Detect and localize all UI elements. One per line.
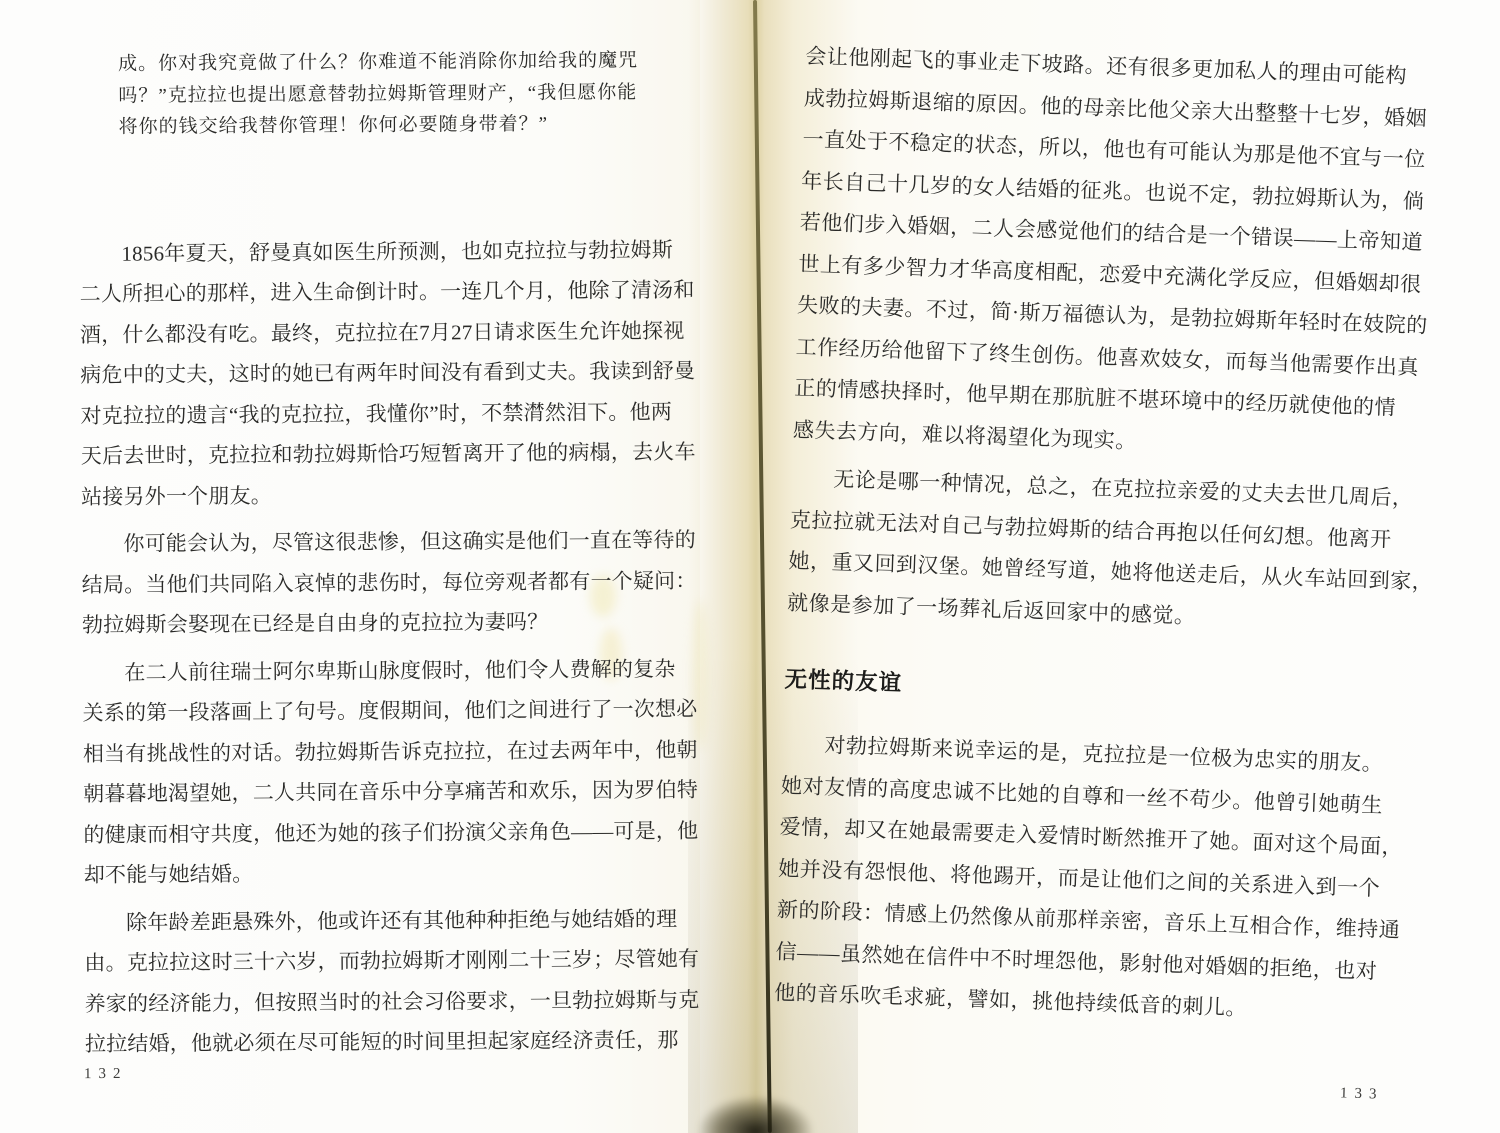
block-quote: 成。你对我究竟做了什么？你难道不能消除你加给我的魔咒吗？”克拉拉也提出愿意替勃拉…	[118, 45, 649, 143]
text-line: 酒，什么都没有吃。最终，克拉拉在7月27日请求医生允许她探视	[80, 310, 696, 355]
right-body-text: 会让他刚起飞的事业走下坡路。还有很多更加私人的理由可能构成勃拉姆斯退缩的原因。他…	[774, 36, 1456, 1036]
text-line: 二人所担心的那样，进入生命倒计时。一连几个月，他除了清汤和	[80, 270, 696, 315]
text-line: 勃拉姆斯会娶现在已经是自由身的克拉拉为妻吗？	[82, 601, 698, 646]
left-page-text-column: 成。你对我究竟做了什么？你难道不能消除你加给我的魔咒吗？”克拉拉也提出愿意替勃拉…	[78, 45, 701, 1065]
text-line: 拉拉结婚，他就必须在尽可能短的时间里担起家庭经济责任，那	[85, 1020, 701, 1065]
paragraph: 你可能会认为，尽管这很悲惨，但这确实是他们一直在等待的结局。当他们共同陷入哀悼的…	[81, 520, 698, 646]
page-number-left: 132	[84, 1066, 128, 1083]
text-line: 站接另外一个朋友。	[81, 472, 697, 517]
text-line: 对克拉拉的遗言“我的克拉拉，我懂你”时，不禁潸然泪下。他两	[80, 391, 696, 436]
text-line: 病危中的丈夫，这时的她已有两年时间没有看到丈夫。我读到舒曼	[80, 351, 696, 396]
text-line: 你可能会认为，尽管这很悲惨，但这确实是他们一直在等待的	[81, 520, 697, 565]
paragraph: 无论是哪一种情况，总之，在克拉拉亲爱的丈夫去世几周后，克拉拉就无法对自己与勃拉姆…	[787, 458, 1442, 645]
paragraph: 在二人前往瑞士阿尔卑斯山脉度假时，他们令人费解的复杂关系的第一段落画上了句号。度…	[82, 648, 700, 895]
paragraph: 除年龄差距悬殊外，他或许还有其他种种拒绝与她结婚的理由。克拉拉这时三十六岁，而勃…	[84, 898, 701, 1064]
text-line: 天后去世时，克拉拉和勃拉姆斯恰巧短暂离开了他的病榻，去火车	[81, 432, 697, 477]
text-line: 由。克拉拉这时三十六岁，而勃拉姆斯才刚刚二十三岁；尽管她有	[84, 939, 700, 984]
page-number-right: 133	[1340, 1085, 1384, 1103]
section-heading: 无性的友谊	[784, 662, 1435, 716]
paragraph: 1856年夏天，舒曼真如医生所预测，也如克拉拉与勃拉姆斯二人所担心的那样，进入生…	[79, 229, 697, 517]
book-spread: 成。你对我究竟做了什么？你难道不能消除你加给我的魔咒吗？”克拉拉也提出愿意替勃拉…	[0, 0, 1500, 1133]
text-line: 结局。当他们共同陷入哀悼的悲伤时，每位旁观者都有一个疑问：	[82, 560, 698, 605]
text-line: 除年龄差距悬殊外，他或许还有其他种种拒绝与她结婚的理	[84, 898, 700, 943]
text-line: 的健康而相守共度，他还为她的孩子们扮演父亲角色——可是，他	[83, 810, 699, 855]
text-line: 吗？”克拉拉也提出愿意替勃拉姆斯管理财产，“我但愿你能	[118, 77, 648, 112]
text-line: 关系的第一段落画上了句号。度假期间，他们之间进行了一次想必	[82, 689, 698, 734]
right-page-text-column: 会让他刚起飞的事业走下坡路。还有很多更加私人的理由可能构成勃拉姆斯退缩的原因。他…	[774, 36, 1456, 1036]
text-line: 养家的经济能力，但按照当时的社会习俗要求，一旦勃拉姆斯与克	[85, 979, 701, 1024]
text-line: 朝暮暮地渴望她，二人共同在音乐中分享痛苦和欢乐，因为罗伯特	[83, 770, 699, 815]
spine-bottom-shadow	[698, 1096, 813, 1133]
left-body-text: 1856年夏天，舒曼真如医生所预测，也如克拉拉与勃拉姆斯二人所担心的那样，进入生…	[79, 229, 701, 1064]
text-line: 在二人前往瑞士阿尔卑斯山脉度假时，他们令人费解的复杂	[82, 648, 698, 693]
text-line: 成。你对我究竟做了什么？你难道不能消除你加给我的魔咒	[118, 45, 648, 80]
text-line: 却不能与她结婚。	[84, 851, 700, 896]
paragraph: 对勃拉姆斯来说幸运的是，克拉拉是一位极为忠实的朋友。她对友情的高度忠诚不比她的自…	[774, 724, 1433, 1036]
paragraph: 会让他刚起飞的事业走下坡路。还有很多更加私人的理由可能构成勃拉姆斯退缩的原因。他…	[792, 36, 1455, 472]
text-line: 将你的钱交给我替你管理！你何必要随身带着？”	[118, 108, 648, 143]
text-line: 相当有挑战性的对话。勃拉姆斯告诉克拉拉，在过去两年中，他朝	[83, 729, 699, 774]
text-line: 1856年夏天，舒曼真如医生所预测，也如克拉拉与勃拉姆斯	[79, 229, 695, 274]
